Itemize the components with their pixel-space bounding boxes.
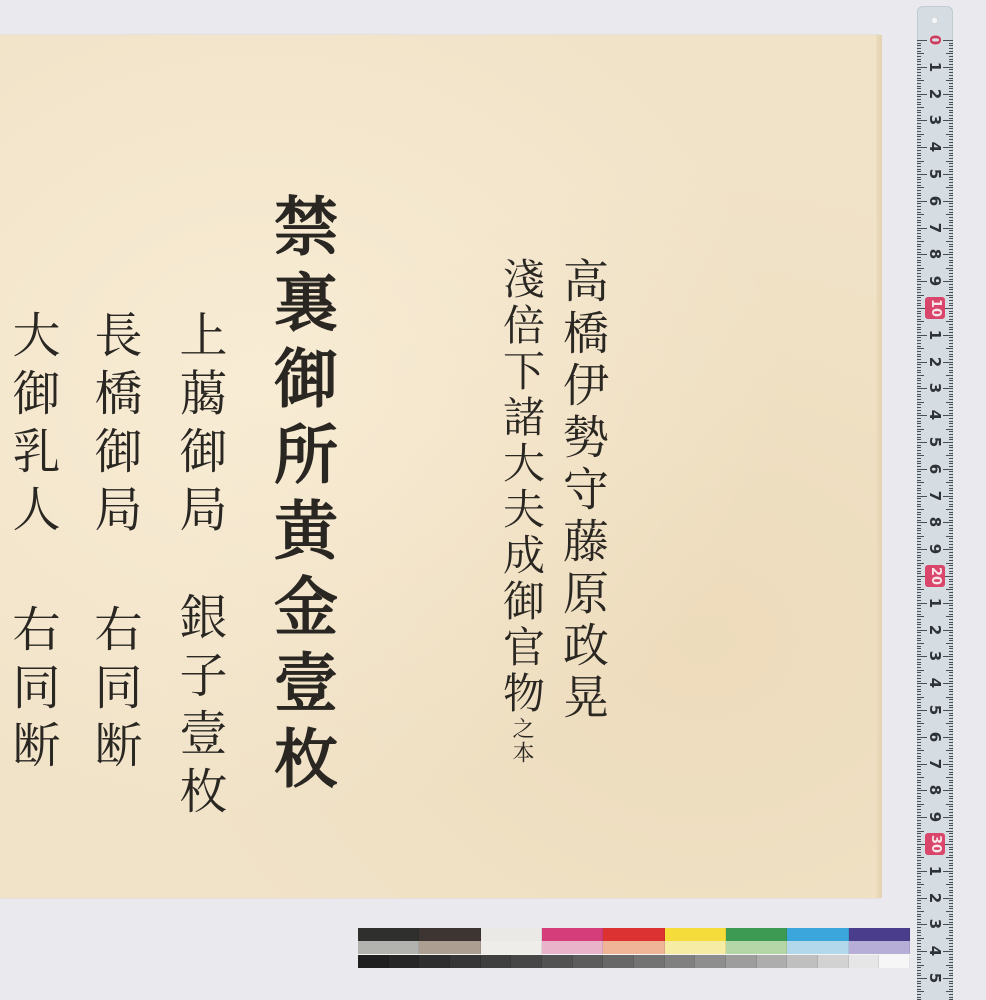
ruler-tick: [917, 466, 921, 467]
ruler-tick: [917, 932, 921, 933]
ruler-tick: [917, 662, 921, 663]
ruler-label: 10: [925, 297, 945, 319]
ruler-tick: [917, 868, 921, 869]
ruler-tick: [946, 134, 953, 135]
ruler-tick: [917, 337, 921, 338]
ruler-tick: [917, 560, 921, 561]
ruler-tick: [949, 166, 953, 167]
color-patch: [665, 955, 696, 968]
ruler-tick: [917, 375, 924, 376]
ruler-tick: [949, 973, 953, 974]
ruler-tick: [949, 756, 953, 757]
ruler-tick: [949, 158, 953, 159]
color-patch: [573, 955, 604, 968]
text-column-omenoto-bottom: 右同断: [4, 604, 60, 778]
ruler-tick: [949, 426, 953, 427]
ruler-tick: [917, 340, 921, 341]
ruler-label: 4: [925, 137, 945, 157]
ruler-tick: [949, 903, 953, 904]
ruler-tick: [949, 233, 953, 234]
ruler-tick: [949, 437, 953, 438]
ruler-tick: [917, 321, 924, 322]
ruler-tick: [949, 131, 953, 132]
ruler-tick: [917, 579, 921, 580]
ruler-tick: [917, 450, 921, 451]
ruler-tick: [946, 268, 953, 269]
ruler-tick: [917, 825, 921, 826]
ruler-tick: [917, 879, 921, 880]
text-column-omenoto-top: 大御乳人: [4, 310, 60, 542]
ruler-tick: [949, 118, 953, 119]
ruler-tick: [949, 504, 953, 505]
ruler-tick: [917, 916, 921, 917]
ruler-tick: [917, 386, 921, 387]
ruler-tick: [917, 823, 921, 824]
ruler-label: 6: [925, 459, 945, 479]
ruler-tick: [917, 43, 921, 44]
ruler-tick: [949, 823, 953, 824]
ruler-tick: [917, 453, 921, 454]
ruler-tick: [949, 246, 953, 247]
ruler-tick: [917, 678, 921, 679]
ruler-tick: [949, 662, 953, 663]
ruler-tick: [917, 222, 921, 223]
ruler-tick: [917, 538, 921, 539]
ruler-tick: [917, 112, 921, 113]
ruler-tick: [917, 51, 921, 52]
ruler-tick: [917, 946, 921, 947]
ruler-tick: [949, 423, 953, 424]
ruler-tick: [917, 509, 924, 510]
color-patch: [419, 928, 480, 941]
ruler-tick: [949, 292, 953, 293]
ruler-tick: [917, 265, 921, 266]
ruler-tick: [917, 745, 921, 746]
ruler-tick: [949, 75, 953, 76]
ruler-tick: [949, 386, 953, 387]
ruler-tick: [917, 815, 921, 816]
paper-document: 高橋伊勢守藤原政晃 淺倍下諸大夫成御官物之本 禁裏御所黄金壹枚 上﨟御局銀子壹枚…: [0, 35, 880, 898]
color-patch: [542, 955, 573, 968]
ruler-tick: [917, 126, 921, 127]
ruler-tick: [946, 991, 953, 992]
ruler-tick: [949, 528, 953, 529]
ruler-tick: [917, 731, 921, 732]
ruler-tick: [949, 560, 953, 561]
ruler-tick: [917, 217, 921, 218]
ruler-label: 1: [925, 57, 945, 77]
ruler-tick: [949, 185, 953, 186]
color-checker-row-grayscale: [358, 955, 910, 968]
ruler-tick: [917, 847, 921, 848]
ruler-tick: [949, 453, 953, 454]
ruler-tick: [949, 691, 953, 692]
ruler-tick: [949, 311, 953, 312]
ruler-tick: [917, 962, 921, 963]
ruler-tick: [917, 989, 921, 990]
ruler-tick: [949, 506, 953, 507]
ruler-tick: [946, 965, 953, 966]
ruler-tick: [949, 367, 953, 368]
ruler-tick: [917, 619, 921, 620]
ruler-tick: [949, 812, 953, 813]
ruler-tick: [917, 155, 921, 156]
color-patch: [849, 955, 880, 968]
ruler-tick: [917, 681, 921, 682]
ruler-tick: [949, 742, 953, 743]
ruler-tick: [917, 804, 924, 805]
ruler-tick: [917, 600, 921, 601]
ruler-label: 5: [925, 432, 945, 452]
ruler-tick: [917, 721, 921, 722]
ruler-tick: [917, 927, 921, 928]
ruler-tick: [949, 45, 953, 46]
ruler-tick: [917, 241, 924, 242]
ruler-tick: [917, 788, 921, 789]
ruler-tick: [917, 359, 921, 360]
ruler-tick: [917, 565, 921, 566]
ruler-tick: [949, 890, 953, 891]
ruler-tick: [949, 249, 953, 250]
ruler-tick: [949, 69, 953, 70]
ruler-tick: [917, 906, 921, 907]
ruler-tick: [949, 809, 953, 810]
color-patch: [358, 941, 419, 954]
ruler-tick: [917, 536, 924, 537]
ruler-tick: [949, 906, 953, 907]
ruler-tick: [949, 761, 953, 762]
ruler-tick: [949, 635, 953, 636]
ruler-tick: [917, 694, 921, 695]
color-patch: [849, 928, 910, 941]
ruler-label: 2: [925, 620, 945, 640]
ruler-label: 5: [925, 164, 945, 184]
ruler-tick: [949, 64, 953, 65]
ruler-tick: [917, 959, 921, 960]
ruler-tick: [917, 608, 921, 609]
ruler-label: 5: [925, 700, 945, 720]
ruler-tick: [917, 758, 921, 759]
ruler-tick: [917, 525, 921, 526]
ruler-tick: [949, 782, 953, 783]
color-patch: [542, 928, 603, 941]
ruler-tick: [917, 123, 921, 124]
ruler-tick: [917, 571, 921, 572]
ruler-tick: [917, 327, 921, 328]
ruler-tick: [917, 166, 921, 167]
ruler-tick: [917, 839, 921, 840]
ruler-tick: [949, 458, 953, 459]
ruler-tick: [949, 351, 953, 352]
ruler-tick: [949, 989, 953, 990]
ruler-tick: [949, 190, 953, 191]
ruler-tick: [917, 530, 921, 531]
ruler-tick: [917, 260, 921, 261]
color-checker: [358, 928, 910, 968]
ruler-tick: [949, 171, 953, 172]
color-patch: [695, 955, 726, 968]
ruler-tick: [917, 997, 921, 998]
ruler-tick: [917, 230, 921, 231]
ruler-tick: [946, 589, 953, 590]
ruler-tick: [917, 841, 921, 842]
ruler-label: 4: [925, 673, 945, 693]
ruler-tick: [949, 300, 953, 301]
ruler-tick: [949, 547, 953, 548]
ruler-tick: [917, 163, 921, 164]
ruler-tick: [917, 587, 921, 588]
ruler-tick: [917, 378, 921, 379]
ruler-tick: [917, 627, 921, 628]
color-patch: [726, 928, 787, 941]
ruler-tick: [917, 806, 921, 807]
ruler-tick: [949, 303, 953, 304]
ruler-tick: [917, 332, 921, 333]
ruler-tick: [946, 804, 953, 805]
ruler-tick: [917, 943, 921, 944]
ruler-tick: [946, 509, 953, 510]
ruler-tick: [946, 80, 953, 81]
ruler-tick: [949, 193, 953, 194]
ruler-tick: [949, 718, 953, 719]
ruler-tick: [949, 177, 953, 178]
text-column-asakura: 淺倍下諸大夫成御官物之本: [500, 257, 542, 765]
ruler-tick: [949, 431, 953, 432]
ruler-tick: [917, 648, 921, 649]
ruler-tick: [949, 581, 953, 582]
ruler-tick: [949, 796, 953, 797]
ruler-tick: [917, 991, 924, 992]
ruler-tick: [917, 431, 921, 432]
ruler-tick: [949, 78, 953, 79]
ruler-tick: [949, 59, 953, 60]
ruler-tick: [917, 940, 921, 941]
ruler-tick: [949, 115, 953, 116]
ruler-tick: [949, 959, 953, 960]
ruler-tick: [917, 973, 921, 974]
ruler-tick: [946, 536, 953, 537]
ruler-tick: [949, 927, 953, 928]
ruler-tick: [946, 107, 953, 108]
color-patch: [450, 955, 481, 968]
ruler-tick: [917, 780, 921, 781]
ruler-tick: [949, 150, 953, 151]
ruler-tick: [946, 295, 953, 296]
ruler-tick: [949, 83, 953, 84]
ruler-tick: [917, 892, 921, 893]
ruler-tick: [917, 723, 924, 724]
ruler-tick: [917, 831, 924, 832]
ruler-tick: [949, 715, 953, 716]
ruler-tick: [949, 520, 953, 521]
ruler-tick: [917, 187, 924, 188]
ruler-tick: [949, 466, 953, 467]
ruler-tick: [917, 836, 921, 837]
ruler-tick: [949, 370, 953, 371]
ruler-tick: [917, 552, 921, 553]
text-column-takahashi: 高橋伊勢守藤原政晃: [560, 257, 606, 725]
ruler-tick: [949, 142, 953, 143]
ruler-tick: [949, 967, 953, 968]
ruler-tick: [949, 707, 953, 708]
ruler-tick: [917, 748, 921, 749]
ruler-tick: [946, 187, 953, 188]
ruler-tick: [917, 404, 921, 405]
ruler-label: 3: [925, 646, 945, 666]
ruler-tick: [949, 930, 953, 931]
color-patch: [849, 941, 910, 954]
ruler-tick: [949, 579, 953, 580]
ruler-tick: [917, 753, 921, 754]
ruler-tick: [917, 75, 921, 76]
color-patch: [665, 928, 726, 941]
ruler-tick: [917, 882, 921, 883]
ruler-tick: [949, 664, 953, 665]
ruler-tick: [949, 490, 953, 491]
ruler-tick: [917, 855, 921, 856]
ruler-tick: [917, 297, 921, 298]
ruler-tick: [949, 182, 953, 183]
ruler-tick: [949, 364, 953, 365]
ruler-tick: [949, 51, 953, 52]
ruler-tick: [949, 689, 953, 690]
ruler-tick: [949, 380, 953, 381]
ruler-tick: [949, 284, 953, 285]
ruler-label: 1: [925, 861, 945, 881]
ruler-tick: [949, 914, 953, 915]
ruler-tick: [917, 857, 924, 858]
ruler-tick: [949, 555, 953, 556]
ruler-tick: [917, 128, 921, 129]
ruler-tick: [917, 520, 921, 521]
ruler-tick: [949, 445, 953, 446]
ruler-tick: [949, 418, 953, 419]
ruler-tick: [917, 48, 921, 49]
ruler-tick: [917, 471, 921, 472]
ruler-label: 4: [925, 941, 945, 961]
ruler-tick: [917, 624, 921, 625]
text-column-nagahashi-bottom: 右同断: [86, 604, 142, 778]
ruler-tick: [917, 426, 921, 427]
ruler-tick: [917, 865, 921, 866]
ruler-tick: [949, 908, 953, 909]
ruler-tick: [946, 616, 953, 617]
ruler-tick: [917, 364, 921, 365]
ruler-tick: [949, 346, 953, 347]
ruler-tick: [917, 292, 921, 293]
ruler-tick: [949, 729, 953, 730]
ruler-tick: [917, 324, 921, 325]
ruler-label: 2: [925, 84, 945, 104]
ruler-tick: [917, 372, 921, 373]
ruler-tick: [917, 177, 921, 178]
ruler-tick: [917, 713, 921, 714]
ruler-tick: [949, 887, 953, 888]
ruler-tick: [917, 86, 921, 87]
ruler-tick: [917, 691, 921, 692]
ruler-tick: [949, 88, 953, 89]
ruler-tick: [949, 512, 953, 513]
ruler-tick: [917, 179, 921, 180]
ruler-tick: [949, 305, 953, 306]
ruler-tick: [949, 212, 953, 213]
color-checker-row-tint: [358, 941, 910, 954]
ruler-tick: [917, 80, 924, 81]
ruler-tick: [917, 675, 921, 676]
ruler-tick: [949, 745, 953, 746]
ruler-tick: [917, 742, 921, 743]
ruler-tick: [917, 635, 921, 636]
ruler-tick: [949, 705, 953, 706]
ruler-tick: [917, 903, 921, 904]
ruler-tick: [949, 892, 953, 893]
ruler-tick: [949, 806, 953, 807]
ruler-tick: [949, 627, 953, 628]
ruler-tick: [946, 455, 953, 456]
ruler-tick: [917, 965, 924, 966]
ruler-tick: [949, 769, 953, 770]
ruler-tick: [949, 758, 953, 759]
ruler-tick: [949, 916, 953, 917]
ruler-tick: [946, 670, 953, 671]
ruler-tick: [949, 220, 953, 221]
ruler-tick: [949, 981, 953, 982]
ruler-label: 6: [925, 191, 945, 211]
ruler-tick: [949, 646, 953, 647]
ruler-tick: [949, 785, 953, 786]
ruler-tick: [917, 410, 921, 411]
ruler-tick: [917, 303, 921, 304]
ruler-tick: [917, 136, 921, 137]
ruler-tick: [949, 772, 953, 773]
color-patch: [757, 955, 788, 968]
ruler-tick: [949, 354, 953, 355]
ruler-tick: [949, 541, 953, 542]
ruler-tick: [917, 329, 921, 330]
ruler-tick: [917, 257, 921, 258]
text-column-nagahashi-top: 長橋御局: [86, 310, 142, 542]
ruler-tick: [917, 346, 921, 347]
ruler-tick: [949, 447, 953, 448]
ruler-tick: [917, 356, 921, 357]
ruler-tick: [949, 56, 953, 57]
color-patch: [787, 955, 818, 968]
ruler-tick: [949, 852, 953, 853]
ruler-tick: [949, 538, 953, 539]
ruler-tick: [949, 230, 953, 231]
ruler-tick: [917, 616, 924, 617]
ruler-tick: [917, 796, 921, 797]
ruler-tick: [946, 214, 953, 215]
ruler-tick: [917, 78, 921, 79]
text-column-kinri: 禁裏御所黄金壹枚: [268, 193, 332, 801]
ruler-tick: [917, 268, 924, 269]
ruler-tick: [949, 324, 953, 325]
ruler-tick: [917, 64, 921, 65]
ruler-tick: [949, 329, 953, 330]
ruler-tick: [946, 429, 953, 430]
ruler-tick: [949, 276, 953, 277]
ruler-tick: [917, 890, 921, 891]
ruler-tick: [949, 678, 953, 679]
ruler-tick: [949, 654, 953, 655]
ruler-tick: [917, 705, 921, 706]
ruler-tick: [917, 994, 921, 995]
ruler-tick: [917, 190, 921, 191]
ruler-tick: [917, 319, 921, 320]
ruler-tick: [917, 161, 924, 162]
ruler-tick: [917, 225, 921, 226]
